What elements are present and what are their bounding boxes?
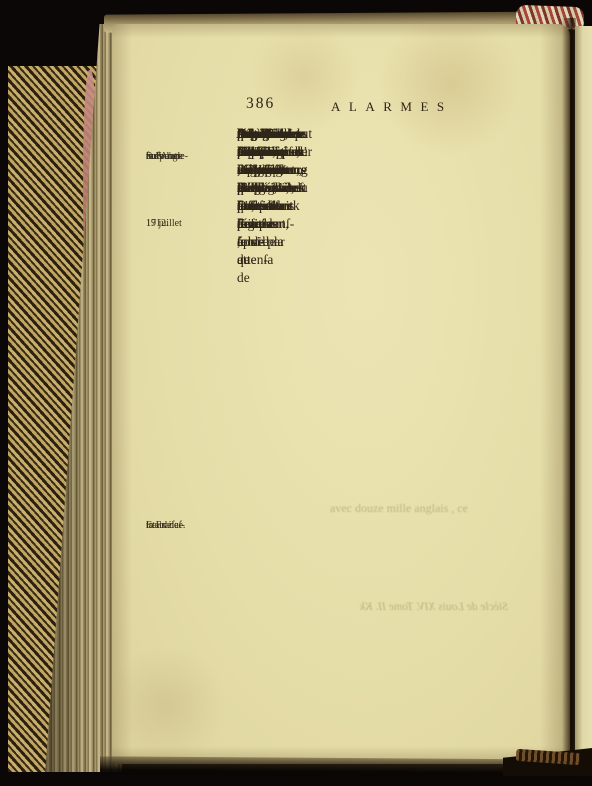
page-number: 386 bbox=[246, 95, 275, 113]
show-through-text: Siècle de Louis XIV. Tome II. Kk bbox=[258, 601, 508, 613]
book-scan: 386 ALARMES Suſpen-ſion d'ar-mes entrela… bbox=[0, 0, 592, 786]
show-through-text: avec douze mille anglais , ce bbox=[330, 501, 468, 516]
book-page bbox=[112, 24, 570, 764]
gutter-shadow bbox=[562, 18, 576, 766]
facing-page-sliver bbox=[575, 26, 592, 754]
running-title: ALARMES bbox=[331, 99, 453, 115]
